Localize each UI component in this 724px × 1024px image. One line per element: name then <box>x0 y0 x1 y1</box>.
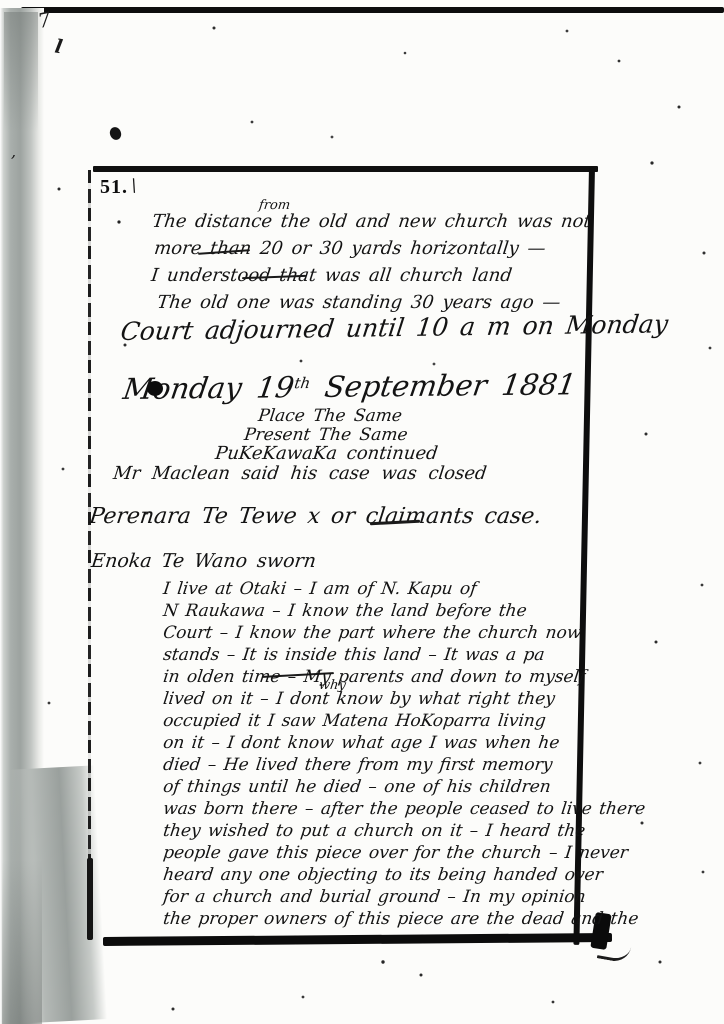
frame-border-bottom <box>103 933 612 946</box>
dust-speckles <box>0 0 2 2</box>
page-number: 51. <box>100 176 128 199</box>
scanned-document-page: 7 l , 51. \ from The distance the old an… <box>0 0 724 1024</box>
case-title-line: PuKeKawaKa continued <box>214 444 439 464</box>
testimony-line: heard any one objecting to its being han… <box>162 866 604 885</box>
testimony-line: I live at Otaki – I am of N. Kapu of <box>162 580 478 599</box>
ink-blot-on-monday <box>147 381 163 396</box>
claimants-case-line: Perenara Te Tewe x or claimants case. <box>88 505 543 529</box>
testimony-line: on it – I dont know what age I was when … <box>162 734 561 753</box>
binding-shade-bottom <box>2 860 42 1024</box>
binding-shade-top <box>4 12 38 132</box>
date-heading-post: September 1881 <box>307 367 578 404</box>
date-heading: Monday 19th September 1881 <box>121 369 578 406</box>
testimony-line: occupied it I saw Matena HoKoparra livin… <box>162 712 547 731</box>
opening-line: The distance the old and new church was … <box>151 212 592 232</box>
testimony-line: died – He lived there from my first memo… <box>162 756 553 775</box>
testimony-line: the proper owners of this piece are the … <box>162 910 639 929</box>
margin-pen-mark: , <box>11 142 16 161</box>
testimony-line: people gave this piece over for the chur… <box>162 844 629 863</box>
testimony-line: for a church and burial ground – In my o… <box>162 888 587 907</box>
opening-line: I understood that was all church land <box>150 266 513 286</box>
opening-line: The old one was standing 30 years ago — <box>156 293 562 313</box>
testimony-line: N Raukawa – I know the land before the <box>162 602 528 621</box>
testimony-line: of things until he died – one of his chi… <box>162 778 552 797</box>
testimony-line: was born there – after the people ceased… <box>162 800 646 819</box>
ink-blot <box>108 125 123 141</box>
testimony-line: they wished to put a church on it – I he… <box>162 822 586 841</box>
pen-tick-mark: \ <box>129 176 139 197</box>
frame-corner-pen-hook <box>597 941 631 963</box>
scan-top-edge-bar <box>21 7 724 13</box>
counsel-line: Mr Maclean said his case was closed <box>112 464 488 484</box>
margin-pen-mark: l <box>53 36 64 59</box>
frame-border-left-heavy-segment <box>87 858 93 940</box>
place-line: Place The Same <box>257 407 403 426</box>
testimony-line: lived on it – I dont know by what right … <box>162 690 556 709</box>
frame-border-left <box>88 170 91 940</box>
frame-border-top <box>93 166 598 172</box>
testimony-line: in olden time – My parents and down to m… <box>162 668 586 687</box>
present-line: Present The Same <box>243 426 409 445</box>
opening-line: more than 20 or 30 yards horizontally — <box>153 239 547 259</box>
testimony-line: Court – I know the part where the church… <box>162 624 582 643</box>
witness-sworn-line: Enoka Te Wano sworn <box>90 551 317 572</box>
testimony-line: stands – It is inside this land – It was… <box>162 646 546 665</box>
